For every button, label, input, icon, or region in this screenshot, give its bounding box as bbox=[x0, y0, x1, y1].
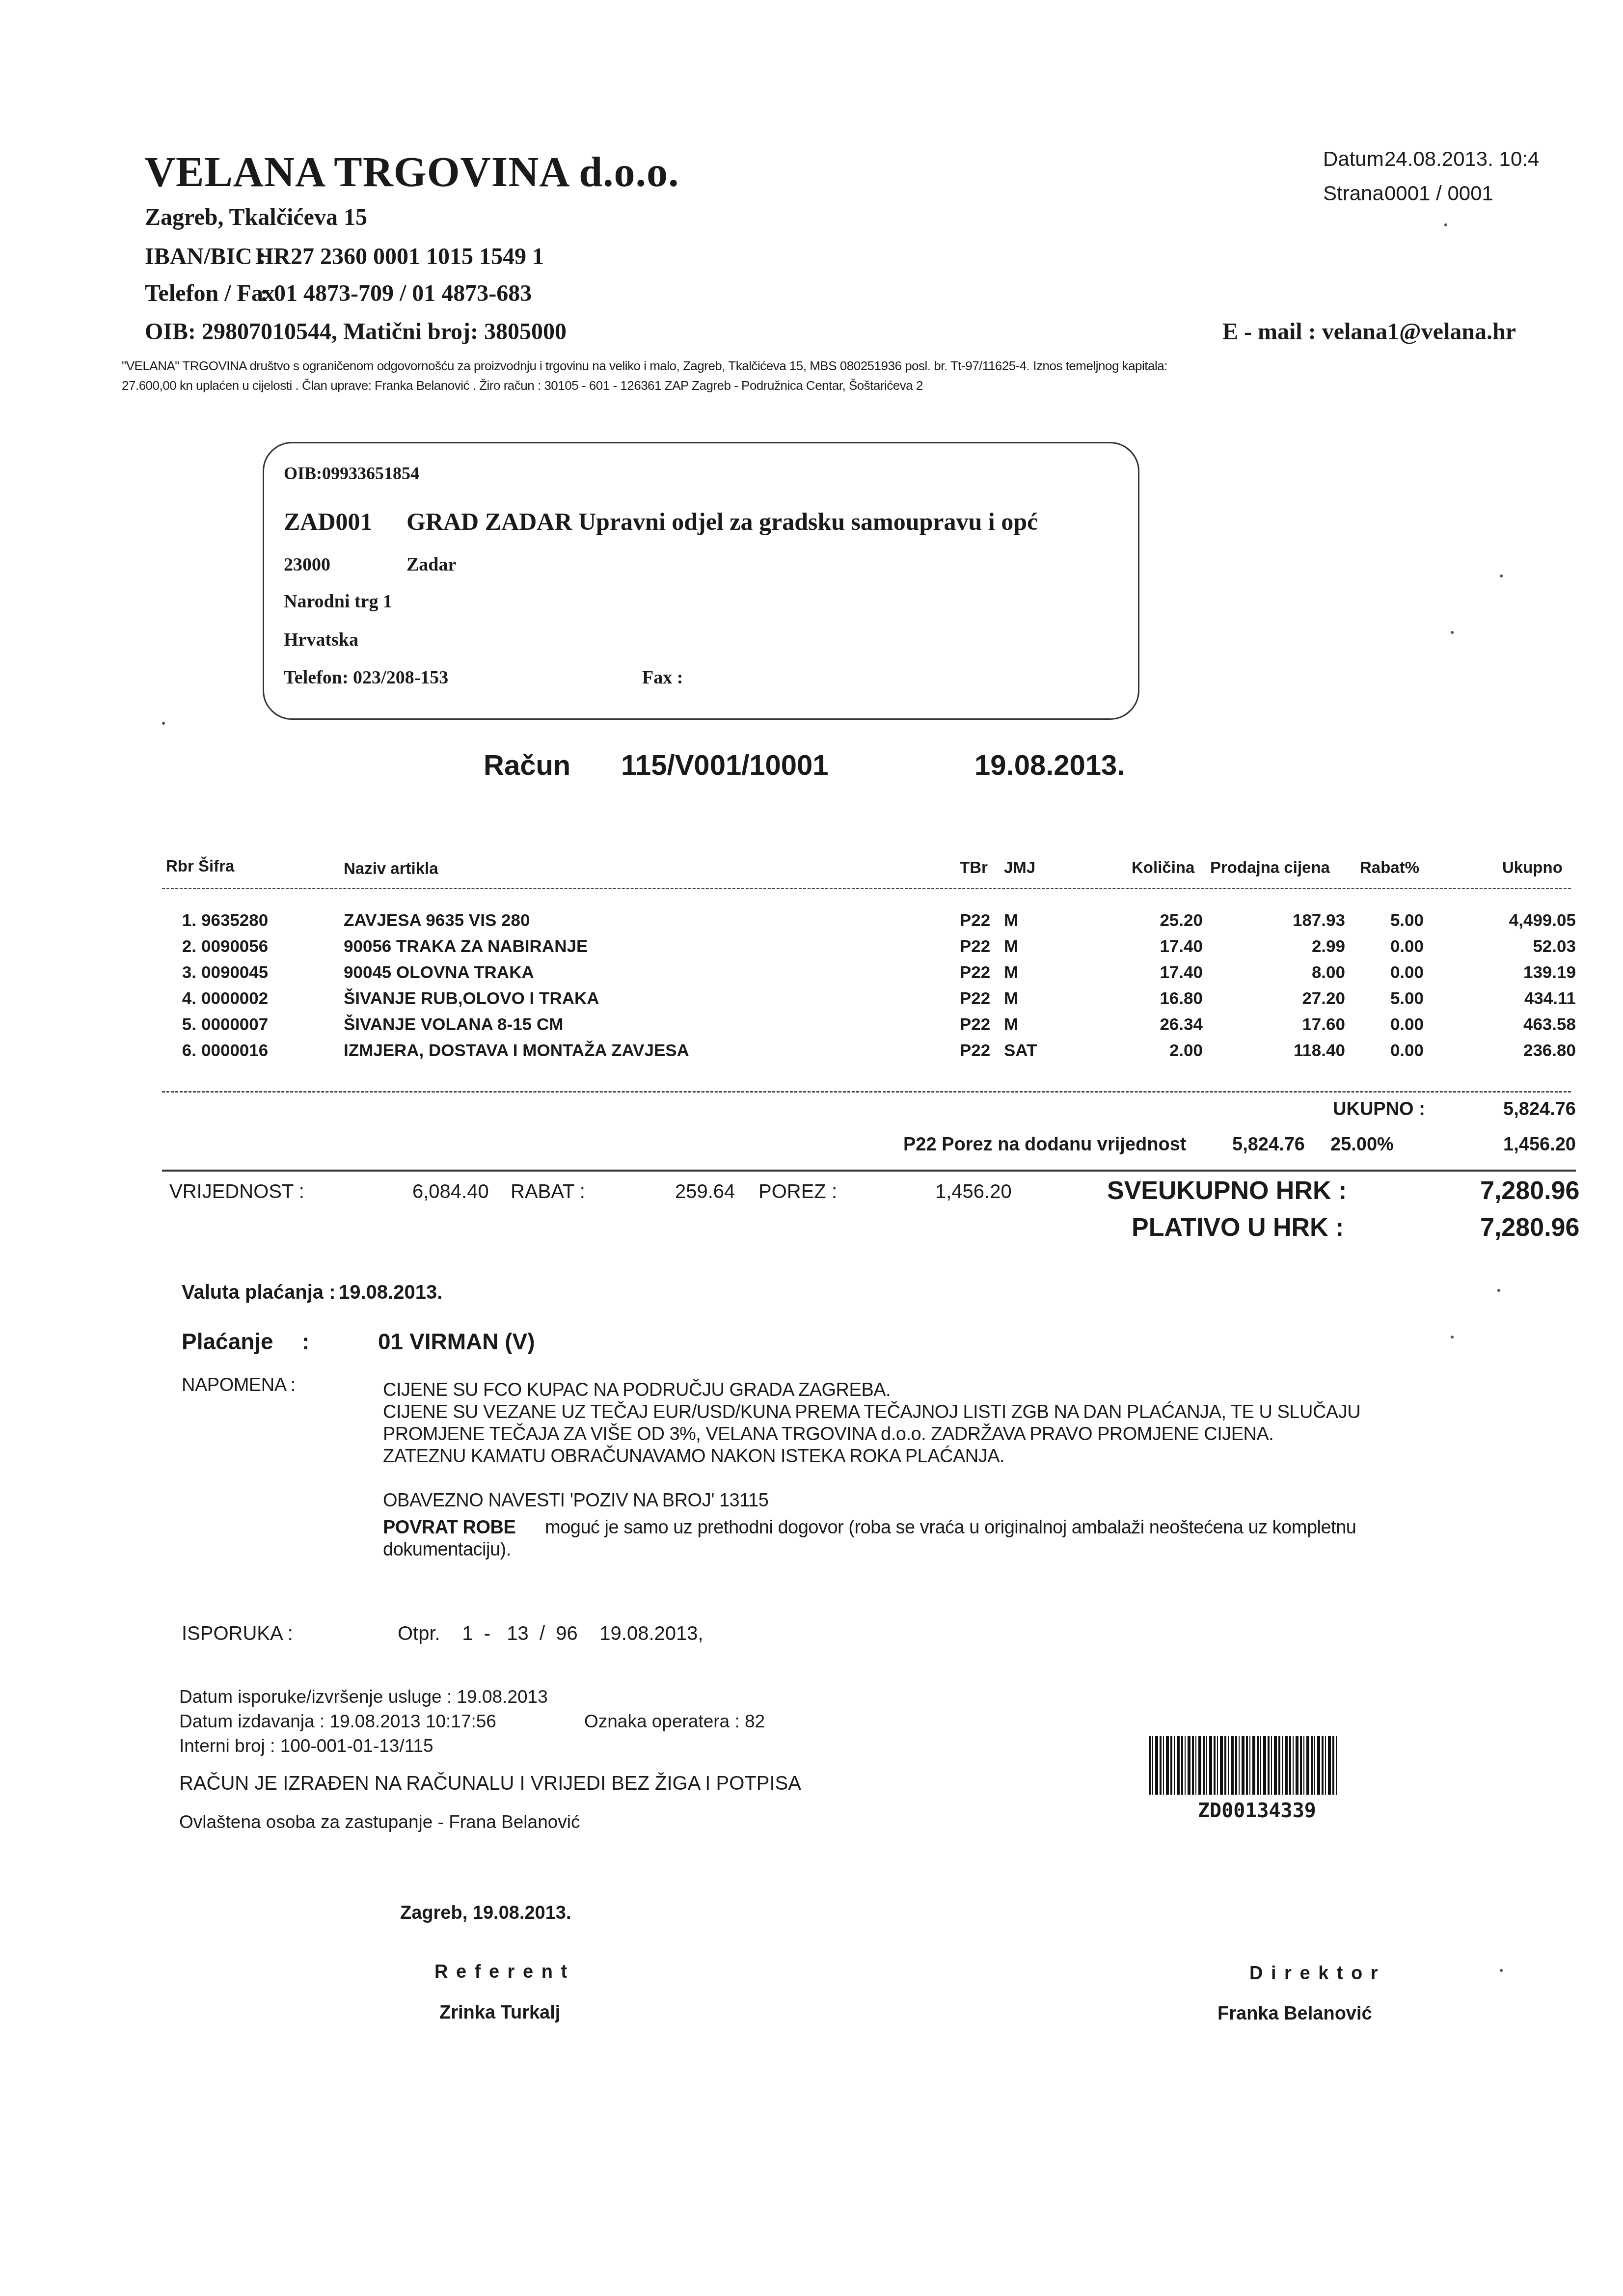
customer-name: GRAD ZADAR Upravni odjel za gradsku samo… bbox=[406, 507, 1038, 536]
note-line-4: ZATEZNU KAMATU OBRAČUNAVAMO NAKON ISTEKA… bbox=[383, 1446, 1004, 1467]
cell-kolicina: 16.80 bbox=[1119, 989, 1203, 1009]
rabat-value: 259.64 bbox=[675, 1181, 735, 1203]
header-rule bbox=[162, 888, 1571, 889]
cell-tbr: P22 bbox=[960, 911, 999, 930]
col-jmj: JMJ bbox=[1004, 858, 1035, 877]
cell-cijena: 2.99 bbox=[1227, 937, 1345, 957]
cell-naziv: IZMJERA, DOSTAVA I MONTAŽA ZAVJESA bbox=[344, 1041, 785, 1061]
direktor-name: Franka Belanović bbox=[1217, 2003, 1372, 2024]
cell-rbr: 4. bbox=[172, 989, 196, 1009]
cell-jmj: M bbox=[1004, 937, 1063, 957]
scan-speck bbox=[1451, 1336, 1454, 1339]
porez-value: 1,456.20 bbox=[935, 1181, 1012, 1203]
cell-jmj: M bbox=[1004, 989, 1063, 1009]
datum-izdavanja: Datum izdavanja : 19.08.2013 10:17:56 bbox=[179, 1711, 496, 1732]
cell-jmj: M bbox=[1004, 1015, 1063, 1035]
vat-rate: 25.00% bbox=[1330, 1134, 1394, 1155]
company-name: VELANA TRGOVINA d.o.o. bbox=[145, 147, 679, 196]
valuta-label: Valuta plaćanja : bbox=[182, 1282, 335, 1304]
cell-cijena: 118.40 bbox=[1227, 1041, 1345, 1061]
cell-rbr: 6. bbox=[172, 1041, 196, 1061]
cell-jmj: M bbox=[1004, 911, 1063, 930]
cell-tbr: P22 bbox=[960, 989, 999, 1009]
scan-speck bbox=[1444, 223, 1447, 226]
page-label: Strana bbox=[1323, 182, 1384, 205]
company-oib: OIB: 29807010544, Matični broj: 3805000 bbox=[145, 318, 567, 345]
povrat-text-2: dokumentaciju). bbox=[383, 1539, 511, 1560]
cell-ukupno: 236.80 bbox=[1463, 1041, 1576, 1061]
cell-jmj: M bbox=[1004, 963, 1063, 983]
cell-ukupno: 463.58 bbox=[1463, 1015, 1576, 1035]
cell-naziv: ŠIVANJE VOLANA 8-15 CM bbox=[344, 1015, 785, 1035]
cell-kolicina: 2.00 bbox=[1119, 1041, 1203, 1061]
delivery-label: ISPORUKA : bbox=[182, 1623, 293, 1645]
note-line-2: CIJENE SU VEZANE UZ TEČAJ EUR/USD/KUNA P… bbox=[383, 1402, 1360, 1423]
phone-value: : 01 4873-709 / 01 4873-683 bbox=[260, 280, 532, 307]
cell-cijena: 27.20 bbox=[1227, 989, 1345, 1009]
barcode-text: ZD00134339 bbox=[1198, 1800, 1316, 1822]
datum-isporuke: Datum isporuke/izvršenje usluge : 19.08.… bbox=[179, 1687, 548, 1707]
vat-base: 5,824.76 bbox=[1232, 1134, 1305, 1155]
note-line-1: CIJENE SU FCO KUPAC NA PODRUČJU GRADA ZA… bbox=[383, 1380, 891, 1401]
valuta-value: 19.08.2013. bbox=[339, 1282, 442, 1304]
cell-naziv: 90045 OLOVNA TRAKA bbox=[344, 963, 785, 983]
cell-sifra: 0000007 bbox=[201, 1015, 290, 1035]
cell-sifra: 0090045 bbox=[201, 963, 290, 983]
disclaimer: RAČUN JE IZRAĐEN NA RAČUNALU I VRIJEDI B… bbox=[179, 1773, 801, 1795]
customer-postal-code: 23000 bbox=[284, 554, 330, 575]
scan-speck bbox=[1497, 1289, 1500, 1292]
items-end-rule bbox=[162, 1091, 1571, 1093]
cell-ukupno: 139.19 bbox=[1463, 963, 1576, 983]
vat-amount: 1,456.20 bbox=[1463, 1134, 1576, 1155]
cell-sifra: 0000002 bbox=[201, 989, 290, 1009]
scan-speck bbox=[162, 722, 165, 725]
date-value: 24.08.2013. 10:4 bbox=[1384, 147, 1539, 171]
cell-naziv: ŠIVANJE RUB,OLOVO I TRAKA bbox=[344, 989, 785, 1009]
iban-label: IBAN/BIC : bbox=[145, 243, 266, 270]
customer-oib: OIB:09933651854 bbox=[284, 463, 419, 484]
company-address: Zagreb, Tkalčićeva 15 bbox=[145, 204, 367, 231]
place-date: Zagreb, 19.08.2013. bbox=[400, 1903, 571, 1924]
invoice-label: Račun bbox=[484, 749, 570, 782]
cell-naziv: ZAVJESA 9635 VIS 280 bbox=[344, 911, 785, 930]
vrijednost-value: 6,084.40 bbox=[412, 1181, 489, 1203]
notes-label: NAPOMENA : bbox=[182, 1375, 296, 1396]
interni-broj: Interni broj : 100-001-01-13/115 bbox=[179, 1736, 433, 1756]
rabat-label: RABAT : bbox=[511, 1181, 585, 1203]
col-tbr: TBr bbox=[960, 858, 988, 877]
invoice-date: 19.08.2013. bbox=[974, 749, 1125, 782]
customer-fax: Fax : bbox=[642, 667, 683, 688]
oznaka-operatera: Oznaka operatera : 82 bbox=[584, 1711, 765, 1732]
sveukupno-label: SVEUKUPNO HRK : bbox=[1107, 1176, 1347, 1205]
phone-label: Telefon / Fax bbox=[145, 280, 275, 307]
cell-sifra: 0000016 bbox=[201, 1041, 290, 1061]
col-kolicina: Količina bbox=[1132, 858, 1194, 877]
col-rabat: Rabat% bbox=[1360, 858, 1419, 877]
page-value: 0001 / 0001 bbox=[1384, 182, 1493, 205]
col-naziv: Naziv artikla bbox=[344, 859, 438, 878]
direktor-label: D i r e k t o r bbox=[1249, 1963, 1380, 1984]
cell-rabat: 5.00 bbox=[1360, 989, 1424, 1009]
cell-rabat: 5.00 bbox=[1360, 911, 1424, 930]
company-email: E - mail : velana1@velana.hr bbox=[1222, 318, 1516, 345]
cell-tbr: P22 bbox=[960, 1015, 999, 1035]
customer-phone: Telefon: 023/208-153 bbox=[284, 667, 448, 688]
povrat-label: POVRAT ROBE bbox=[383, 1517, 515, 1538]
cell-jmj: SAT bbox=[1004, 1041, 1063, 1061]
cell-ukupno: 4,499.05 bbox=[1463, 911, 1576, 930]
plativo-label: PLATIVO U HRK : bbox=[1132, 1213, 1344, 1242]
cell-ukupno: 52.03 bbox=[1463, 937, 1576, 957]
cell-rbr: 5. bbox=[172, 1015, 196, 1035]
delivery-value: Otpr. 1 - 13 / 96 19.08.2013, bbox=[398, 1623, 703, 1645]
col-rbr-sifra: Rbr Šifra bbox=[166, 857, 234, 875]
invoice-number: 115/V001/10001 bbox=[621, 749, 829, 782]
totals-rule bbox=[162, 1170, 1576, 1172]
customer-code: ZAD001 bbox=[284, 507, 373, 536]
cell-cijena: 8.00 bbox=[1227, 963, 1345, 983]
cell-cijena: 17.60 bbox=[1227, 1015, 1345, 1035]
referent-label: R e f e r e n t bbox=[434, 1962, 568, 1983]
porez-label: POREZ : bbox=[758, 1181, 837, 1203]
legal-line-2: 27.600,00 kn uplaćen u cijelosti . Član … bbox=[122, 378, 923, 393]
col-ukupno: Ukupno bbox=[1502, 858, 1563, 877]
col-cijena: Prodajna cijena bbox=[1210, 858, 1330, 877]
cell-tbr: P22 bbox=[960, 963, 999, 983]
povrat-text: moguć je samo uz prethodni dogovor (roba… bbox=[545, 1517, 1356, 1538]
customer-box: OIB:09933651854 ZAD001 GRAD ZADAR Upravn… bbox=[263, 442, 1139, 720]
iban-value: HR27 2360 0001 1015 1549 1 bbox=[255, 243, 544, 270]
cell-rabat: 0.00 bbox=[1360, 963, 1424, 983]
placanje-label: Plaćanje bbox=[182, 1328, 273, 1355]
cell-sifra: 9635280 bbox=[201, 911, 290, 930]
note-line-3: PROMJENE TEČAJA ZA VIŠE OD 3%, VELANA TR… bbox=[383, 1424, 1273, 1445]
cell-rbr: 2. bbox=[172, 937, 196, 957]
scan-speck bbox=[1500, 574, 1503, 577]
authorized-person: Ovlaštena osoba za zastupanje - Frana Be… bbox=[179, 1812, 580, 1832]
ukupno-value: 5,824.76 bbox=[1463, 1099, 1576, 1120]
cell-tbr: P22 bbox=[960, 937, 999, 957]
vrijednost-label: VRIJEDNOST : bbox=[169, 1181, 304, 1203]
cell-sifra: 0090056 bbox=[201, 937, 290, 957]
plativo-value: 7,280.96 bbox=[1480, 1213, 1579, 1242]
cell-kolicina: 17.40 bbox=[1119, 937, 1203, 957]
cell-tbr: P22 bbox=[960, 1041, 999, 1061]
customer-city: Zadar bbox=[406, 554, 456, 575]
cell-rbr: 1. bbox=[172, 911, 196, 930]
referent-name: Zrinka Turkalj bbox=[439, 2002, 560, 2023]
legal-line-1: "VELANA" TRGOVINA društvo s ograničenom … bbox=[122, 358, 1167, 374]
cell-naziv: 90056 TRAKA ZA NABIRANJE bbox=[344, 937, 785, 957]
cell-rabat: 0.00 bbox=[1360, 1041, 1424, 1061]
ukupno-label: UKUPNO : bbox=[1333, 1099, 1425, 1120]
scan-speck bbox=[1451, 631, 1454, 634]
cell-kolicina: 26.34 bbox=[1119, 1015, 1203, 1035]
cell-kolicina: 25.20 bbox=[1119, 911, 1203, 930]
placanje-value: 01 VIRMAN (V) bbox=[378, 1328, 535, 1355]
scan-speck bbox=[1500, 1969, 1503, 1972]
vat-label: P22 Porez na dodanu vrijednost bbox=[903, 1134, 1186, 1155]
customer-country: Hrvatska bbox=[284, 629, 358, 651]
cell-rabat: 0.00 bbox=[1360, 937, 1424, 957]
sveukupno-value: 7,280.96 bbox=[1480, 1176, 1579, 1205]
barcode-icon bbox=[1149, 1736, 1338, 1795]
cell-kolicina: 17.40 bbox=[1119, 963, 1203, 983]
placanje-colon: : bbox=[302, 1328, 309, 1355]
cell-rabat: 0.00 bbox=[1360, 1015, 1424, 1035]
cell-rbr: 3. bbox=[172, 963, 196, 983]
date-label: Datum bbox=[1323, 147, 1384, 171]
poziv-na-broj: OBAVEZNO NAVESTI 'POZIV NA BROJ' 13115 bbox=[383, 1490, 768, 1511]
cell-ukupno: 434.11 bbox=[1463, 989, 1576, 1009]
customer-street: Narodni trg 1 bbox=[284, 591, 392, 612]
cell-cijena: 187.93 bbox=[1227, 911, 1345, 930]
